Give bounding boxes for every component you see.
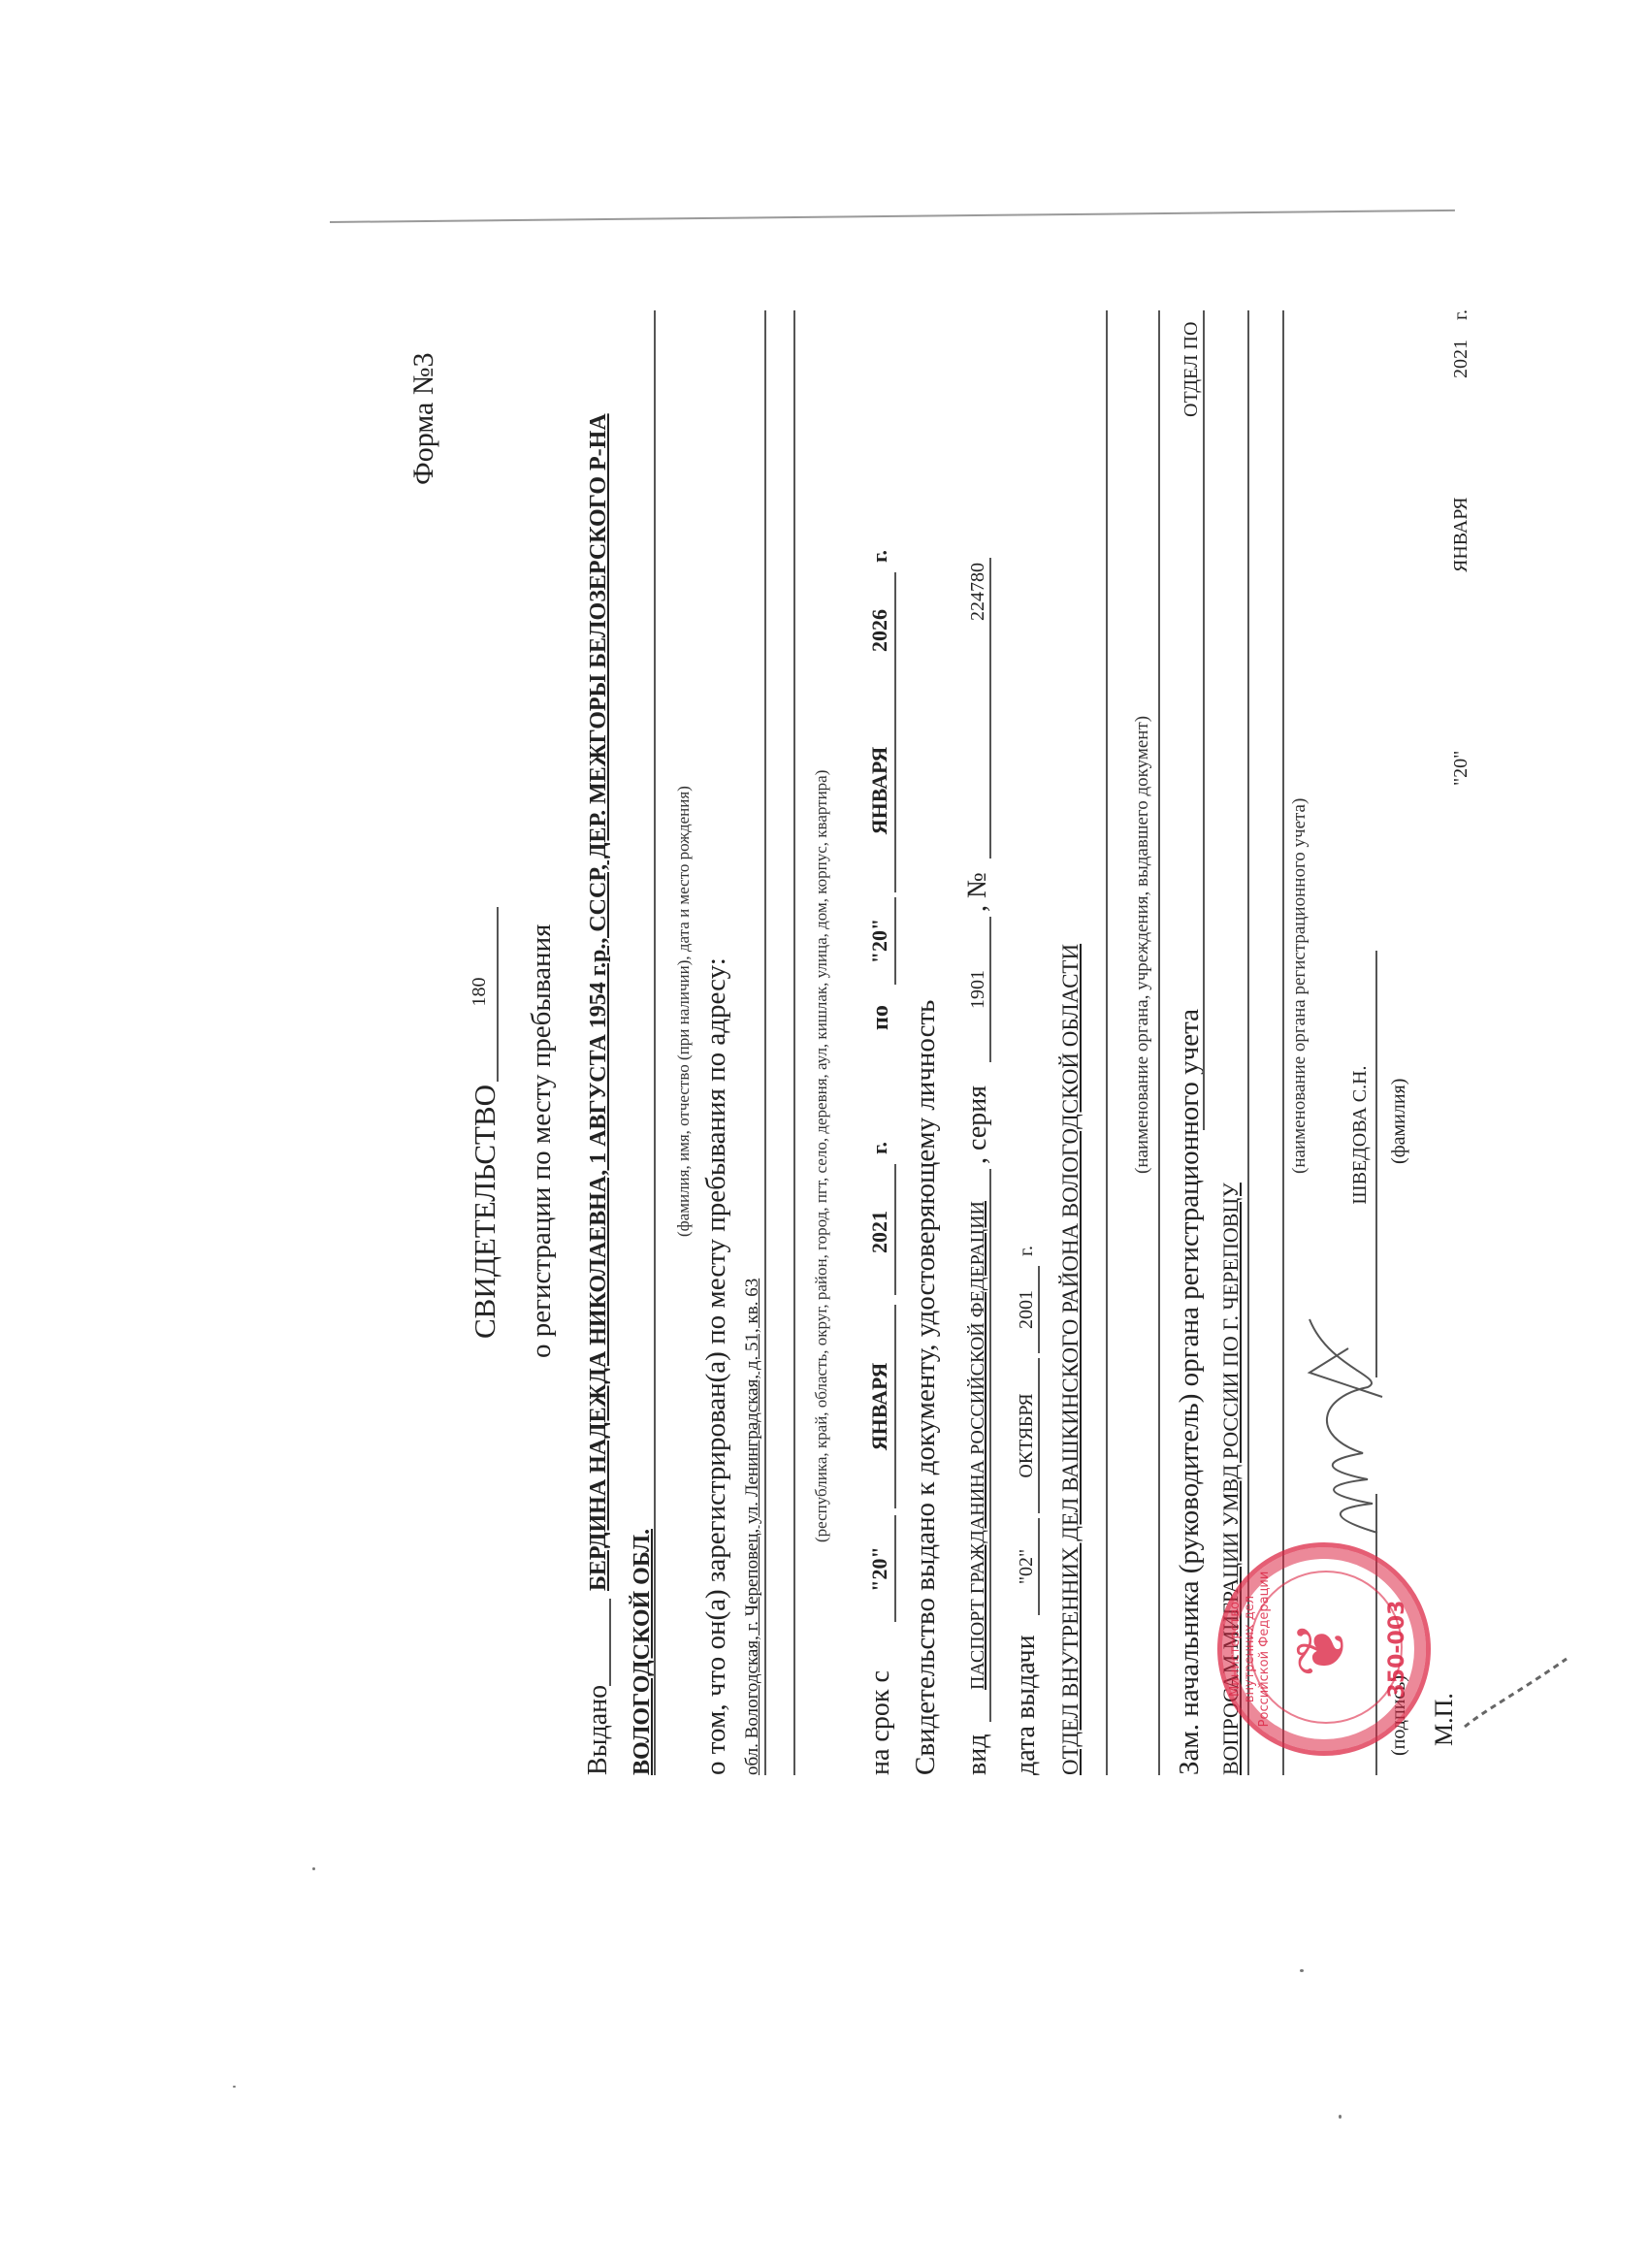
doc-type-label: вид [964,1734,991,1775]
doc-type-rule [989,1169,991,1722]
issued-to-underline [609,1599,611,1686]
term-to-day-rule [894,897,896,985]
authority-org-caption: (наименование органа регистрационного уч… [1290,798,1309,1174]
registration-address: обл. Вологодская, г. Череповец, ул. Лени… [743,1279,761,1775]
authority-org-line2-rule [1247,310,1249,1775]
form-label: Форма №3 [409,353,438,485]
number-rule [989,558,991,859]
issue-year-suffix: г. [1017,1246,1036,1256]
issuer-rule [1106,310,1108,1775]
doc-type-value: ПАСПОРТ ГРАЖДАНИНА РОССИЙСКОЙ ФЕДЕРАЦИИ [968,1174,987,1717]
authority-date-year: 2021 [1451,340,1471,378]
term-to-month-rule [894,689,896,892]
term-from-month: ЯНВАРЯ [869,1310,890,1504]
authority-org-line1-rule [1203,310,1205,1130]
issuer-name: ОТДЕЛ ВНУТРЕННИХ ДЕЛ ВАШКИНСКОГО РАЙОНА … [1059,944,1082,1775]
issued-to-line2-rule [654,310,656,1775]
term-from-day-rule [894,1515,896,1622]
address-caption: (республика, край, область, округ, район… [813,770,829,1542]
series-label: , серия [964,1085,991,1164]
term-to-year-rule [894,572,896,689]
issuer-caption-rule [1158,310,1160,1775]
term-to-month: ЯНВАРЯ [869,694,890,888]
issued-to-label: Выдано [585,1685,612,1775]
document-subtitle: о регистрации по месту пребывания [528,924,556,1358]
stamp-code: 350-003 [1385,1576,1409,1722]
signatory-name: ШВЕДОВА С.Н. [1350,1038,1370,1232]
issue-day: "02" [1017,1523,1036,1610]
authority-org-line1: ОТДЕЛ ПО [1181,322,1201,417]
issued-to-name-line2: ВОЛОГОДСКОЙ ОБЛ. [630,1529,654,1775]
issue-month: ОКТЯБРЯ [1017,1363,1036,1508]
issuer-caption: (наименование органа, учреждения, выдавш… [1133,716,1151,1174]
certificate-number-underline [497,907,499,1082]
issued-to-caption: (фамилия, имя, отчество (при наличии), д… [675,786,692,1237]
term-from-year: 2021 [869,1174,890,1290]
term-to-day: "20" [869,902,890,980]
registration-statement: о том, что он(а) зарегистрирован(а) по м… [702,957,730,1775]
term-from-year-suffix: г. [869,1142,890,1154]
authority-position: Зам. начальника (руководитель) органа ре… [1176,1009,1204,1775]
identity-doc-statement: Свидетельство выдано к документу, удосто… [912,1000,940,1775]
scan-speck [312,1867,315,1870]
scan-speck [233,2086,236,2088]
number-label: , № [964,872,991,912]
seal-label: М.П. [1432,1693,1457,1746]
scan-speck [1300,1969,1304,1972]
authority-date-suffix: г. [1451,309,1471,320]
handwritten-signature [1290,1310,1397,1542]
issued-to-name-line1: БЕРДИНА НАДЕЖДА НИКОЛАЕВНА, 1 АВГУСТА 19… [587,413,610,1591]
issue-day-rule [1038,1518,1040,1615]
registration-certificate: Форма №3 СВИДЕТЕЛЬСТВО 180 о регистрации… [388,281,1494,1775]
term-to-year: 2026 [869,577,890,684]
series-rule [989,917,991,1062]
issue-month-rule [1038,1358,1040,1513]
authority-date-day: "20" [1451,751,1471,786]
certificate-number: 180 [469,917,489,1067]
issue-year: 2001 [1017,1271,1036,1348]
issue-year-rule [1038,1266,1040,1353]
authority-date-month: ЯНВАРЯ [1451,497,1471,572]
page-edge-rule [330,210,1455,223]
term-to-year-suffix: г. [869,550,890,563]
address-rule-2 [793,310,795,1775]
official-seal-stamp: Министерство внутренних дел Российской Ф… [1217,1542,1431,1756]
term-to-label: по [869,1005,892,1030]
document-title: СВИДЕТЕЛЬСТВО [469,1085,500,1339]
scan-speck [1339,2115,1342,2119]
term-from-year-rule [894,1164,896,1295]
term-from-label: на срок с [867,1670,894,1775]
surname-caption: (фамилия) [1389,1079,1408,1164]
term-from-day: "20" [869,1518,890,1620]
address-rule [764,310,766,1775]
issue-date-label: дата выдачи [1013,1635,1040,1775]
double-headed-eagle-icon: ❦ [1273,1607,1370,1691]
number-value: 224780 [968,563,987,854]
term-from-month-rule [894,1305,896,1508]
series-value: 1901 [968,922,987,1057]
